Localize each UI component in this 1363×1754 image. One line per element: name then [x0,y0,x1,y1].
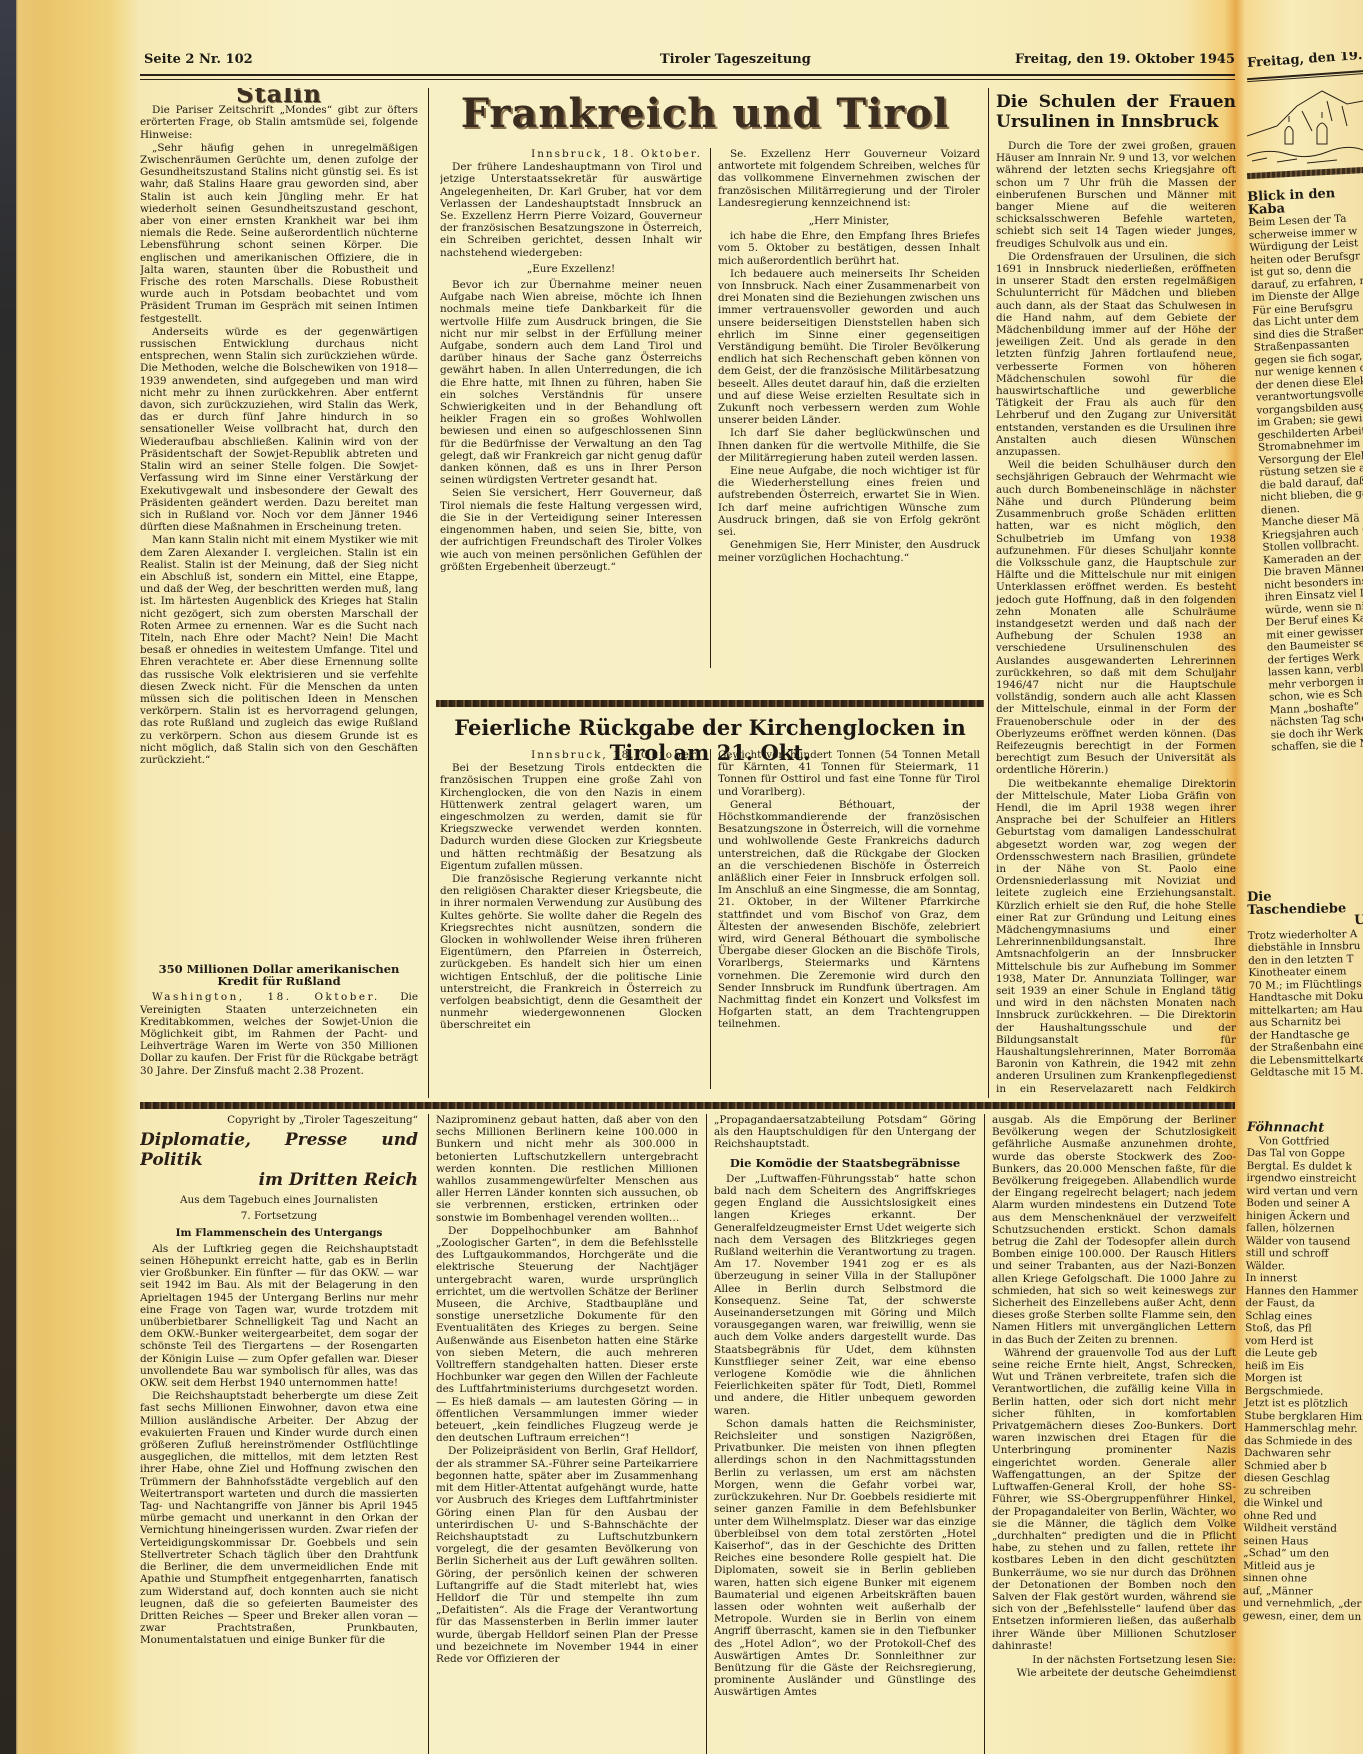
section-rule [1247,167,1363,179]
next-installment-label: In der nächsten Fortsetzung lesen Sie: [992,1654,1236,1666]
text-line: ohne Red und [1244,1509,1362,1523]
paragraph: Während der grauenvolle Tod aus der Luft… [992,1347,1236,1652]
paragraph: Seien Sie versichert, Herr Gouverneur, d… [440,487,702,572]
text-line: das Schmiede in des [1244,1434,1362,1448]
article-taschendiebe: Die Taschendiebe U Trotz wiederholter Ad… [1247,890,1363,1080]
newspaper-page: Seite 2 Nr. 102 Tiroler Tageszeitung Fre… [140,52,1235,1752]
article-lines: Beim Lesen der Tascherweise immer wWürdi… [1248,212,1363,754]
subhead-komoedie: Die Komödie der Staatsbegräbnisse [714,1157,976,1169]
paragraph: Man kann Stalin nicht mit einem Mystiker… [140,534,418,766]
paragraph: Die weitbekannte ehemalige Direktorin de… [996,778,1236,1092]
article-glocken-col1: Innsbruck, 18. Oktober. Bei der Besetzun… [440,749,702,1089]
text-line: fallen, hölzernen [1246,1222,1363,1236]
text-line: Wildheit verständ [1243,1522,1361,1536]
article-frankreich-col1: Innsbruck, 18. Oktober. Der frühere Land… [440,148,702,668]
text-line: diesen Geschlag [1244,1472,1362,1486]
paragraph: Bei der Besetzung Tirols entdeckten die … [440,762,702,872]
paragraph: Durch die Tore der zwei großen, grauen H… [996,140,1236,250]
text-line: und vernehmlich, „der [1243,1597,1361,1611]
paragraph: Die Ordensfrauen der Ursulinen, die sich… [996,251,1236,458]
paragraph: Die Pariser Zeitschrift „Mondes“ gibt zu… [140,104,418,141]
text-line: sinnen ohne [1243,1572,1361,1586]
article-frankreich-col2: Se. Exzellenz Herr Gouverneur Voizard an… [718,148,980,668]
copyright-line: Copyright by „Tiroler Tageszeitung“ [140,1114,418,1126]
text-line: still und schroff [1246,1247,1363,1261]
facing-page-strip: Freitag, den 19. Blick in den Kaba Beim … [1243,52,1363,1752]
column-rule [710,749,711,1089]
paragraph: „Sehr häufig gehen in unregelmäßigen Zwi… [140,142,418,325]
serial-col3: „Propagandaersatzabteilung Potsdam“ Göri… [714,1114,976,1754]
article-blick: Blick in den Kaba Beim Lesen der Tascher… [1247,187,1363,754]
subtitle: Aus dem Tagebuch eines Journalisten [140,1194,418,1206]
headline-stalin: Stalin [140,88,418,100]
section-rule [436,700,984,707]
paragraph: „Propagandaersatzabteilung Potsdam“ Göri… [714,1114,976,1151]
article-foehnnacht: Föhnnacht Von Gottfried Das Tal von Gopp… [1243,1122,1363,1623]
article-kredit: 350 Millionen Dollar amerikanischen Kred… [140,957,418,1107]
text-line: die Leute geb [1245,1347,1363,1361]
paragraph: ausgab. Als die Empörung der Berliner Be… [992,1114,1236,1346]
text-line: zu schreiben [1244,1484,1362,1498]
headline-frankreich: Frankreich und Tirol [435,90,975,137]
text-line: „Schad“ um den [1243,1547,1361,1561]
text-line: der Faust, da [1245,1297,1363,1311]
text-line: Stube bergklaren Himm [1244,1409,1362,1423]
headline-diplomatie-1: Diplomatie, Presse und Politik [140,1130,418,1170]
text-line: seinen Haus [1243,1534,1361,1548]
installment: 7. Fortsetzung [140,1210,418,1222]
paragraph: Der Polizeipräsident von Berlin, Graf He… [436,1445,698,1665]
column-rule [706,1114,707,1754]
paragraph: Ich bedauere auch meinerseits Ihr Scheid… [718,268,980,427]
text-line: In innerst [1246,1272,1363,1286]
next-installment-title: Wie arbeitete der deutsche Geheimdienst [992,1667,1236,1679]
column-rule [984,1114,985,1754]
text-line: Boden und seiner A [1246,1197,1363,1211]
paragraph: Die Vereinigten Staaten unterzeichneten … [140,991,418,1076]
paragraph: Genehmigen Sie, Herr Minister, den Ausdr… [718,539,980,563]
paragraph: Die französische Regierung verkannte nic… [440,873,702,1032]
text-line: Stoß, das Pfl [1245,1322,1363,1336]
paragraph: Ich darf Sie daher beglückwünschen und I… [718,427,980,464]
text-line: heiß im Eis [1245,1359,1363,1373]
issue-date: Freitag, den 19. Oktober 1945 [1015,52,1235,67]
text-line: Morgen ist [1245,1372,1363,1386]
text-line: auf, „Männer [1243,1584,1361,1598]
text-line: Dachwaren sehr [1244,1447,1362,1461]
paragraph: Gewicht von hundert Tonnen (54 Tonnen Me… [718,749,980,798]
text-line: die Winkel und [1244,1497,1362,1511]
mountain-church-illustration [1247,86,1363,166]
dateline: Innsbruck, 18. Oktober. [440,749,702,761]
text-line: hinigen Äckern und [1246,1209,1363,1223]
byline: Von Gottfried [1247,1134,1363,1148]
text-line: gewesn, einer, dem un [1243,1609,1361,1623]
text-line: irgendwo einstreicht [1246,1172,1363,1186]
running-head: Seite 2 Nr. 102 Tiroler Tageszeitung Fre… [140,52,1235,74]
serial-col1: Copyright by „Tiroler Tageszeitung“ Dipl… [140,1114,418,1754]
paragraph: Se. Exzellenz Herr Gouverneur Voizard an… [718,148,980,209]
paragraph: Weil die beiden Schulhäuser durch den se… [996,459,1236,776]
article-stalin: Stalin Die Pariser Zeitschrift „Mondes“ … [140,88,418,1096]
text-line: Schlag eines [1245,1309,1363,1323]
paragraph: Bevor ich zur Übernahme meiner neuen Auf… [440,279,702,486]
column-rule [988,88,989,1098]
column-rule [428,88,429,1098]
section-rule [140,1102,1235,1109]
section-head: Im Flammenschein des Untergangs [140,1227,418,1239]
text-line: wird vertan und vern [1246,1184,1363,1198]
text-line: Wälder. [1246,1259,1363,1273]
text-line: Mitleid aus je [1243,1559,1361,1573]
headline-schulen: Die Schulen der Frauen Ursulinen in Inns… [996,92,1236,132]
salutation: „Eure Exzellenz! [440,263,702,275]
text-line: Schmied aber b [1244,1459,1362,1473]
paragraph: Der „Luftwaffen-Führungsstab“ hatte scho… [714,1173,976,1417]
paragraph: Der Doppelhochbunker am Bahnhof „Zoologi… [436,1225,698,1445]
column-rule [710,148,711,668]
headline-taschendiebe: Die Taschendiebe [1247,890,1363,917]
page-number: Seite 2 Nr. 102 [144,52,253,67]
column-rule [428,1114,429,1754]
text-line: Bergtal. Es duldet k [1247,1159,1363,1173]
paragraph: Naziprominenz gebaut hatten, daß aber vo… [436,1114,698,1224]
facing-running-head: Freitag, den 19. [1247,52,1363,71]
paragraph: Der frühere Landeshauptmann von Tirol un… [440,161,702,259]
text-line: vom Herd ist [1245,1334,1363,1348]
text-line: Hammerschlag mehr. [1244,1422,1362,1436]
text-line: Geldtasche mit 15 M. [1250,1065,1363,1080]
article-glocken-col2: Gewicht von hundert Tonnen (54 Tonnen Me… [718,749,980,1089]
text-line: Jetzt ist es plötzlich [1244,1397,1362,1411]
salutation: „Herr Minister, [718,215,980,227]
newspaper-title: Tiroler Tageszeitung [660,52,811,67]
binding-spine [0,0,16,1754]
headline-foehnnacht: Föhnnacht [1247,1122,1363,1136]
facing-rule [1247,70,1363,82]
text-line: Bergschmiede. [1245,1384,1363,1398]
article-lines: Das Tal von GoppeBergtal. Es duldet kirg… [1243,1147,1363,1623]
paragraph: Eine neue Aufgabe, die noch wichtiger is… [718,465,980,538]
serial-col2: Naziprominenz gebaut hatten, daß aber vo… [436,1114,698,1754]
paragraph: Anderseits würde es der gegenwärtigen ru… [140,326,418,533]
paragraph: Schon damals hatten die Reichsminister, … [714,1418,976,1699]
text-line: Hannes den Hammer [1245,1284,1363,1298]
paragraph: ich habe die Ehre, den Empfang Ihres Bri… [718,230,980,267]
article-schulen: Die Schulen der Frauen Ursulinen in Inns… [996,92,1236,1092]
text-line: mittelkarten; am Hau [1249,1002,1363,1017]
dateline: Innsbruck, 18. Oktober. [440,148,702,160]
text-line: Das Tal von Goppe [1247,1147,1363,1161]
serial-col4: ausgab. Als die Empörung der Berliner Be… [992,1114,1236,1754]
masthead-rule [140,74,1235,80]
paragraph: Als der Luftkrieg gegen die Reichshaupts… [140,1243,418,1389]
headline-diplomatie-2: im Dritten Reich [140,1170,418,1190]
article-lines: Trotz wiederholter Adiebstähle in Innsbr… [1248,927,1363,1079]
paragraph: Die Reichshauptstadt beherbergte um dies… [140,1390,418,1646]
headline-kredit: 350 Millionen Dollar amerikanischen Kred… [140,963,418,987]
dateline: Washington, 18. Oktober. [152,991,380,1003]
text-line: Wälder von tausend [1246,1234,1363,1248]
paragraph: General Béthouart, der Höchstkommandiere… [718,799,980,1031]
